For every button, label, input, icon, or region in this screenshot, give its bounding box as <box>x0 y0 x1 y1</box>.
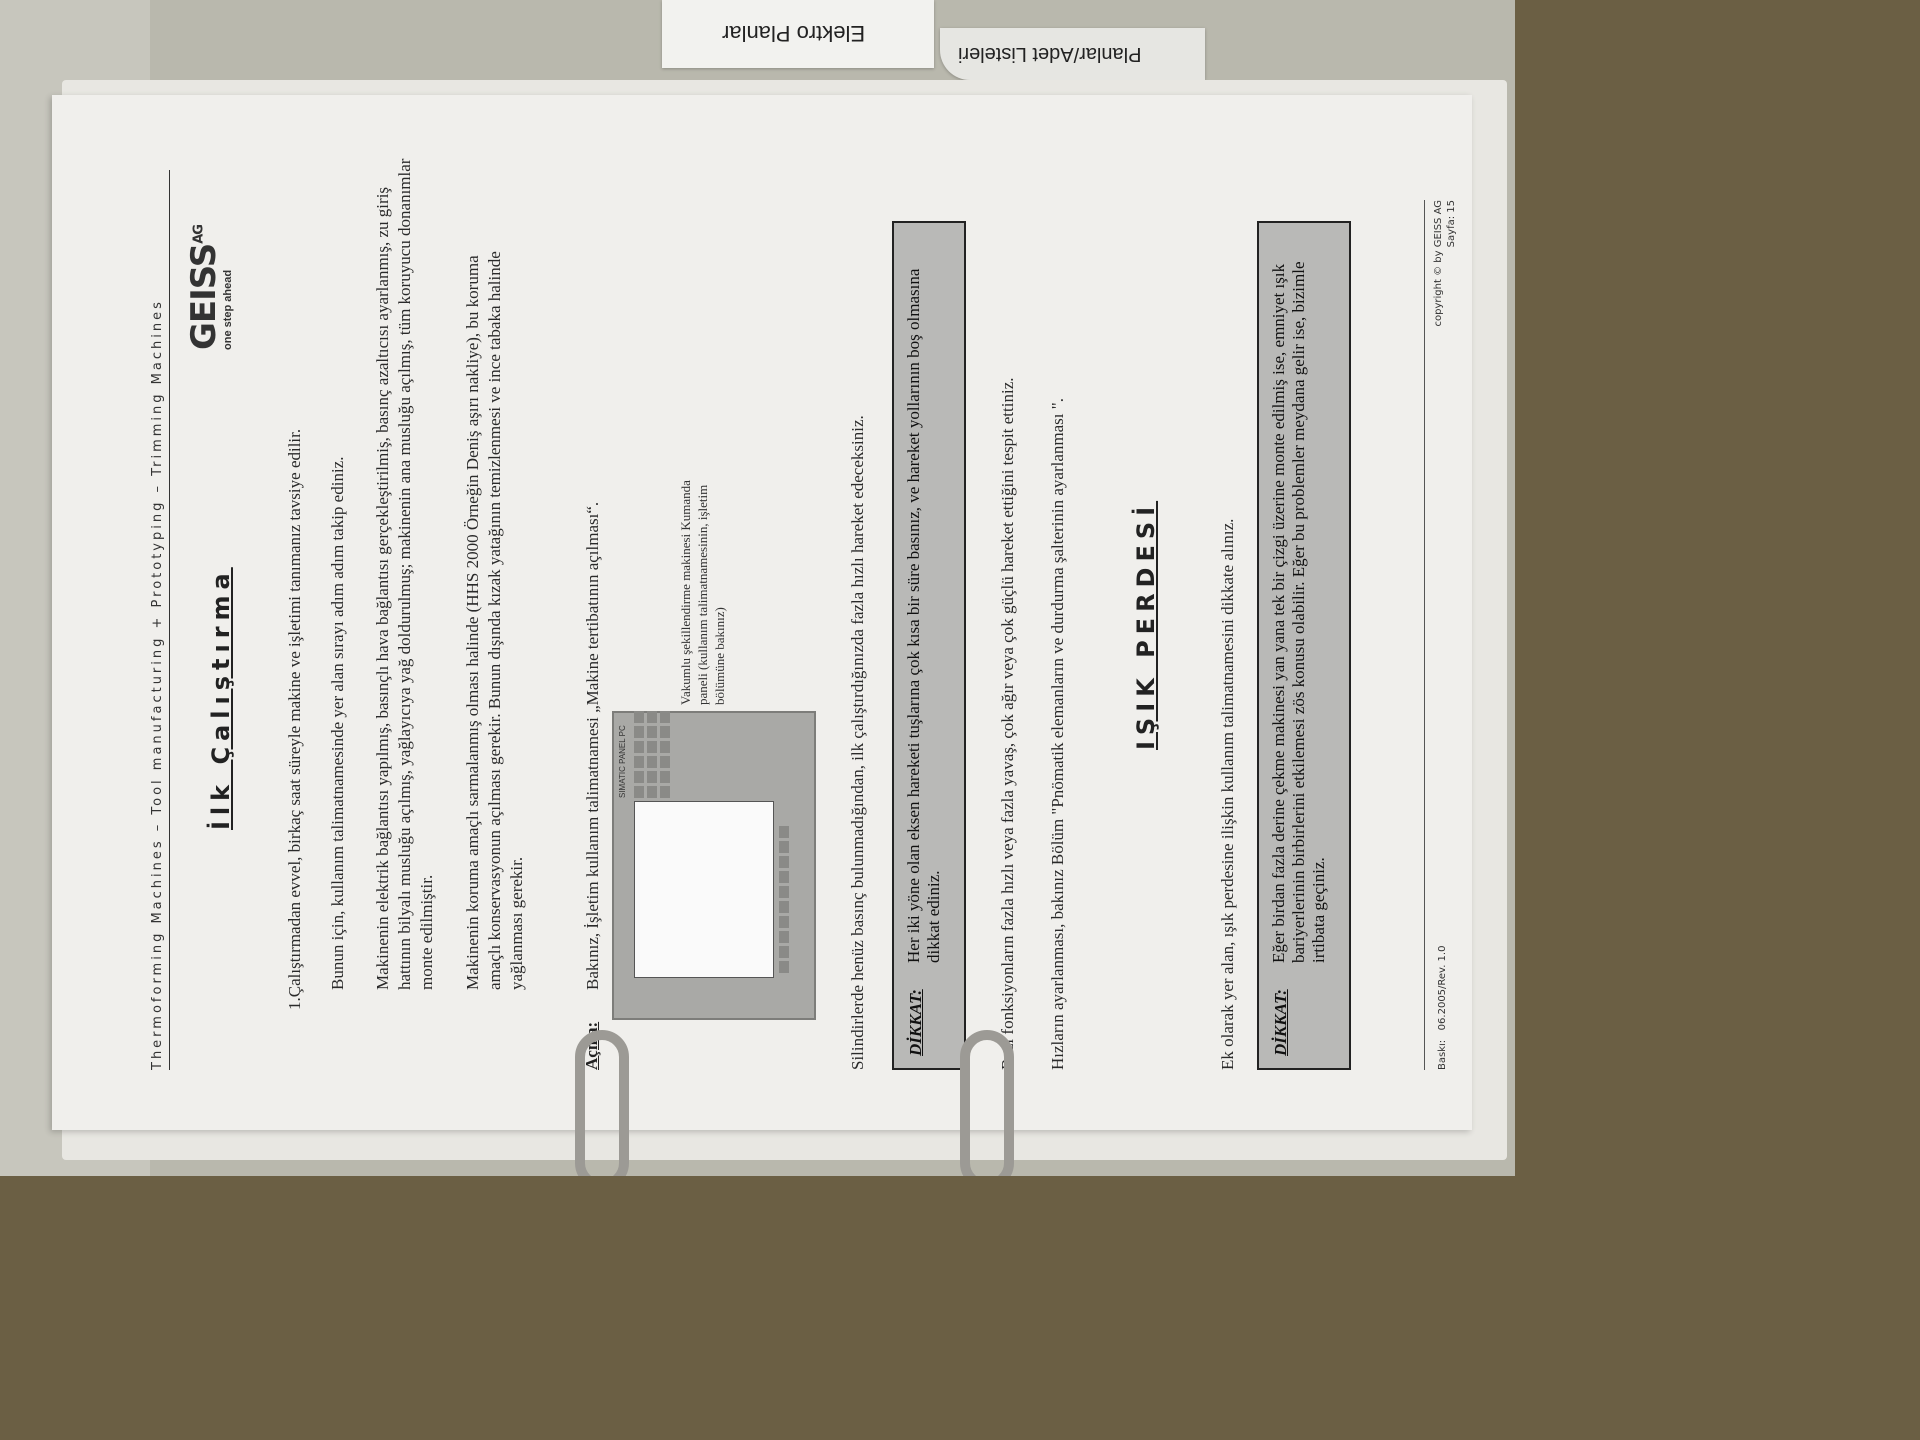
section-title-isik-perdesi: IŞIK PERDESİ <box>1132 501 1160 750</box>
tab-planlar-listeleri[interactable]: Planlar/Adet Listeleri <box>940 28 1205 80</box>
paragraph: Makinenin elektrik bağlantısı yapılmış, … <box>372 150 438 990</box>
binder-ring <box>575 1030 629 1176</box>
footer-edition: Baskı: 06.2005/Rev. 1.0 <box>1437 946 1448 1070</box>
paragraph: 1.Çalıştırmadan evvel, birkaç saat sürey… <box>284 250 306 1010</box>
panel-screen <box>634 801 774 978</box>
footer-copyright: copyright © by GEISS AGSayfa: 15 <box>1432 200 1458 370</box>
warning-box: DİKKAT: Her iki yöne olan eksen hareketi… <box>892 221 966 1070</box>
binder-ring <box>960 1030 1014 1176</box>
paragraph: Bazı fonksiyonların fazla hızlı veya faz… <box>997 150 1019 1070</box>
header-banner: Thermoforming Machines – Tool manufactur… <box>150 170 170 1070</box>
logo-tagline: one step ahead <box>222 270 234 350</box>
section-title-ilk-calistirma: İlk Çalıştırma <box>207 567 235 830</box>
acma-text: Bakınız, İşletim kullanım talimatnamesi … <box>582 230 604 990</box>
warning-box: DİKKAT: Eğer birdan fazla derine çekme m… <box>1257 221 1351 1070</box>
footer-divider <box>1424 200 1425 1070</box>
paragraph: Makinenin koruma amaçlı sarmalanmış olma… <box>462 210 528 990</box>
paragraph: Ek olarak yer alan, ışık perdesine ilişk… <box>1217 150 1239 1070</box>
document-page: Thermoforming Machines – Tool manufactur… <box>52 95 1472 1130</box>
paragraph: Bunun için, kullanım talimatnamesinde ye… <box>327 230 349 990</box>
paragraph: Hızların ayarlanması, bakınız Bölüm "Pnö… <box>1047 150 1069 1070</box>
geiss-logo: GEISSAG <box>184 225 224 350</box>
tab-elektro-planlar[interactable]: Elektro Planlar <box>662 0 934 68</box>
paragraph: Silindirlerde henüz basınç bulunmadığınd… <box>847 170 869 1070</box>
panel-caption: Vakumlu şekillendirme makinesi Kumanda p… <box>677 455 728 705</box>
simatic-panel-image: SIMATIC PANEL PC <box>612 711 816 1020</box>
